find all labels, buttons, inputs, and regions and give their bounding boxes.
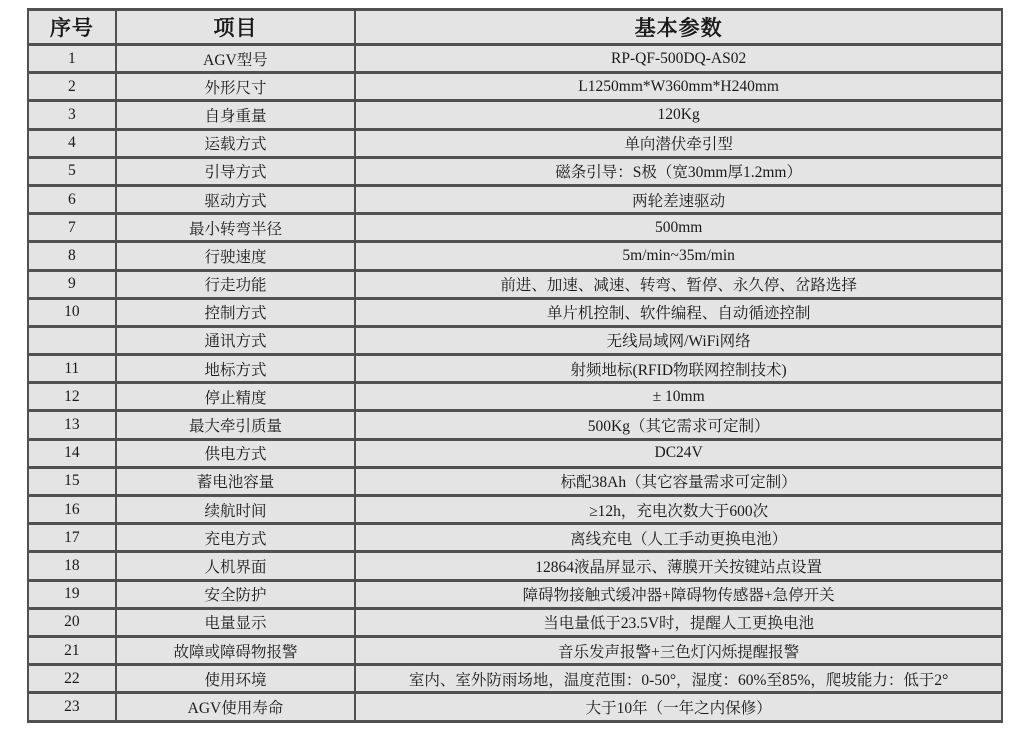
table-row: 18人机界面12864液晶屏显示、薄膜开关按键站点设置 [28, 552, 1002, 580]
row-index-cell: 7 [28, 214, 116, 242]
row-index-cell: 12 [28, 383, 116, 411]
item-cell: 引导方式 [116, 157, 356, 185]
table-row: 4运载方式单向潜伏牵引型 [28, 129, 1002, 157]
row-index-cell: 2 [28, 73, 116, 101]
param-cell: DC24V [355, 439, 1002, 467]
param-cell: 无线局域网/WiFi网络 [355, 326, 1002, 354]
table-row: 11地标方式射频地标(RFID物联网控制技术) [28, 355, 1002, 383]
table-row: 5引导方式磁条引导：S极（宽30mm厚1.2mm） [28, 157, 1002, 185]
param-cell: 12864液晶屏显示、薄膜开关按键站点设置 [355, 552, 1002, 580]
agv-spec-table: 序号 项目 基本参数 1AGV型号RP-QF-500DQ-AS022外形尺寸L1… [27, 8, 1003, 723]
param-cell: 500Kg（其它需求可定制） [355, 411, 1002, 439]
item-cell: 驱动方式 [116, 185, 356, 213]
item-cell: 蓄电池容量 [116, 467, 356, 495]
item-cell: 使用环境 [116, 665, 356, 693]
row-index-cell: 9 [28, 270, 116, 298]
table-row: 23AGV使用寿命大于10年（一年之内保修） [28, 693, 1002, 721]
row-index-cell: 19 [28, 580, 116, 608]
row-index-cell: 8 [28, 242, 116, 270]
row-index-cell: 23 [28, 693, 116, 721]
param-cell: 磁条引导：S极（宽30mm厚1.2mm） [355, 157, 1002, 185]
item-cell: 续航时间 [116, 496, 356, 524]
param-cell: 当电量低于23.5V时，提醒人工更换电池 [355, 608, 1002, 636]
table-row: 20电量显示当电量低于23.5V时，提醒人工更换电池 [28, 608, 1002, 636]
table-row: 通讯方式无线局域网/WiFi网络 [28, 326, 1002, 354]
param-cell: 5m/min~35m/min [355, 242, 1002, 270]
item-cell: AGV型号 [116, 45, 356, 73]
item-cell: 通讯方式 [116, 326, 356, 354]
param-cell: RP-QF-500DQ-AS02 [355, 45, 1002, 73]
param-cell: 前进、加速、减速、转弯、暂停、永久停、岔路选择 [355, 270, 1002, 298]
row-index-cell: 14 [28, 439, 116, 467]
param-cell: 120Kg [355, 101, 1002, 129]
table-row: 1AGV型号RP-QF-500DQ-AS02 [28, 45, 1002, 73]
col-header-index: 序号 [28, 10, 116, 45]
item-cell: 行驶速度 [116, 242, 356, 270]
param-cell: 障碍物接触式缓冲器+障碍物传感器+急停开关 [355, 580, 1002, 608]
table-row: 3自身重量120Kg [28, 101, 1002, 129]
row-index-cell: 10 [28, 298, 116, 326]
param-cell: 两轮差速驱动 [355, 185, 1002, 213]
item-cell: 故障或障碍物报警 [116, 636, 356, 664]
item-cell: 行走功能 [116, 270, 356, 298]
table-row: 17充电方式离线充电（人工手动更换电池） [28, 524, 1002, 552]
item-cell: AGV使用寿命 [116, 693, 356, 721]
item-cell: 人机界面 [116, 552, 356, 580]
row-index-cell: 15 [28, 467, 116, 495]
row-index-cell: 17 [28, 524, 116, 552]
row-index-cell: 13 [28, 411, 116, 439]
param-cell: 音乐发声报警+三色灯闪烁提醒报警 [355, 636, 1002, 664]
param-cell: 单片机控制、软件编程、自动循迹控制 [355, 298, 1002, 326]
table-row: 7最小转弯半径500mm [28, 214, 1002, 242]
table-row: 19安全防护障碍物接触式缓冲器+障碍物传感器+急停开关 [28, 580, 1002, 608]
table-row: 16续航时间≥12h，充电次数大于600次 [28, 496, 1002, 524]
item-cell: 运载方式 [116, 129, 356, 157]
row-index-cell: 16 [28, 496, 116, 524]
param-cell: 标配38Ah（其它容量需求可定制） [355, 467, 1002, 495]
param-cell: ± 10mm [355, 383, 1002, 411]
header-row: 序号 项目 基本参数 [28, 10, 1002, 45]
row-index-cell: 11 [28, 355, 116, 383]
item-cell: 充电方式 [116, 524, 356, 552]
table-row: 14供电方式DC24V [28, 439, 1002, 467]
param-cell: 室内、室外防雨场地，温度范围：0-50°，湿度：60%至85%，爬坡能力：低于2… [355, 665, 1002, 693]
row-index-cell: 18 [28, 552, 116, 580]
item-cell: 最大牵引质量 [116, 411, 356, 439]
row-index-cell: 5 [28, 157, 116, 185]
row-index-cell: 22 [28, 665, 116, 693]
page: 序号 项目 基本参数 1AGV型号RP-QF-500DQ-AS022外形尺寸L1… [0, 0, 1035, 750]
row-index-cell: 20 [28, 608, 116, 636]
item-cell: 地标方式 [116, 355, 356, 383]
row-index-cell: 6 [28, 185, 116, 213]
item-cell: 控制方式 [116, 298, 356, 326]
item-cell: 外形尺寸 [116, 73, 356, 101]
table-row: 2外形尺寸L1250mm*W360mm*H240mm [28, 73, 1002, 101]
item-cell: 安全防护 [116, 580, 356, 608]
param-cell: ≥12h，充电次数大于600次 [355, 496, 1002, 524]
table-row: 8行驶速度5m/min~35m/min [28, 242, 1002, 270]
param-cell: 大于10年（一年之内保修） [355, 693, 1002, 721]
param-cell: 离线充电（人工手动更换电池） [355, 524, 1002, 552]
param-cell: 500mm [355, 214, 1002, 242]
param-cell: L1250mm*W360mm*H240mm [355, 73, 1002, 101]
table-row: 6驱动方式两轮差速驱动 [28, 185, 1002, 213]
table-row: 12停止精度± 10mm [28, 383, 1002, 411]
col-header-item: 项目 [116, 10, 356, 45]
row-index-cell: 4 [28, 129, 116, 157]
table-row: 21故障或障碍物报警音乐发声报警+三色灯闪烁提醒报警 [28, 636, 1002, 664]
table-row: 22使用环境室内、室外防雨场地，温度范围：0-50°，湿度：60%至85%，爬坡… [28, 665, 1002, 693]
row-index-cell: 21 [28, 636, 116, 664]
item-cell: 自身重量 [116, 101, 356, 129]
row-index-cell: 1 [28, 45, 116, 73]
table-row: 15蓄电池容量标配38Ah（其它容量需求可定制） [28, 467, 1002, 495]
row-index-cell: 3 [28, 101, 116, 129]
item-cell: 供电方式 [116, 439, 356, 467]
row-index-cell [28, 326, 116, 354]
table-body: 1AGV型号RP-QF-500DQ-AS022外形尺寸L1250mm*W360m… [28, 45, 1002, 722]
param-cell: 射频地标(RFID物联网控制技术) [355, 355, 1002, 383]
table-row: 10控制方式单片机控制、软件编程、自动循迹控制 [28, 298, 1002, 326]
item-cell: 最小转弯半径 [116, 214, 356, 242]
table-row: 13最大牵引质量500Kg（其它需求可定制） [28, 411, 1002, 439]
col-header-params: 基本参数 [355, 10, 1002, 45]
param-cell: 单向潜伏牵引型 [355, 129, 1002, 157]
table-row: 9行走功能前进、加速、减速、转弯、暂停、永久停、岔路选择 [28, 270, 1002, 298]
item-cell: 电量显示 [116, 608, 356, 636]
item-cell: 停止精度 [116, 383, 356, 411]
